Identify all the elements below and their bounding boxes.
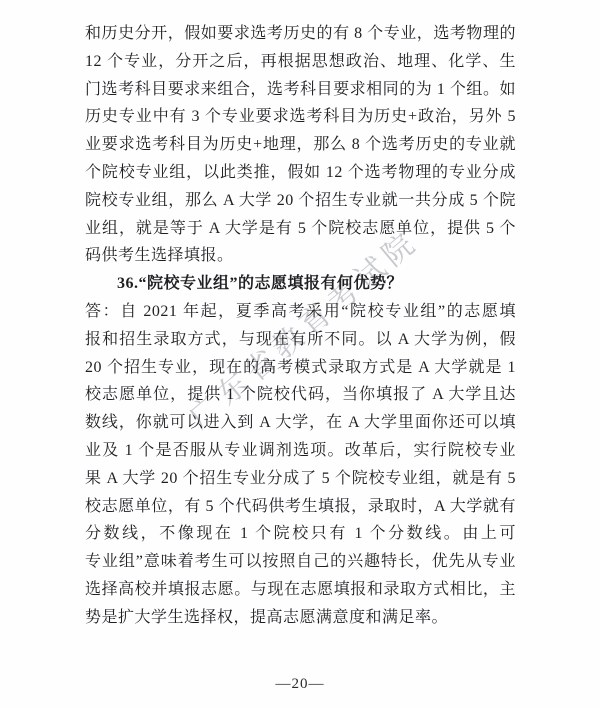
text-column: 和历史分开，假如要求选考历史的有 8 个专业，选考物理的有 12 个专业，分开之…	[0, 0, 600, 632]
text-line: 20 个招生专业，现在的高考模式录取方式是 A 大学就是 1 个院	[85, 354, 516, 382]
text-line: 码供考生选择填报。	[85, 242, 516, 270]
text-line: 果 A 大学 20 个招生专业分成了 5 个院校专业组，就是有 5 个院	[85, 465, 516, 493]
page-number: —20—	[0, 676, 600, 693]
text-line: 个院校专业组，以此类推，假如 12 个选考物理的专业分成 3 个	[85, 159, 516, 187]
document-page: 广东省教育考试院 和历史分开，假如要求选考历史的有 8 个专业，选考物理的有 1…	[0, 0, 600, 708]
paragraph-continuation: 和历史分开，假如要求选考历史的有 8 个专业，选考物理的有 12 个专业，分开之…	[85, 20, 516, 270]
text-line: 选择高校并填报志愿。与现在志愿填报和录取方式相比，主要优	[85, 576, 516, 604]
text-line: 答：自 2021 年起，夏季高考采用“院校专业组”的志愿填	[85, 298, 516, 326]
text-line: 和历史分开，假如要求选考历史的有 8 个专业，选考物理的有	[85, 20, 516, 48]
text-line: 势是扩大学生选择权，提高志愿满意度和满足率。	[85, 604, 516, 632]
text-line: 专业组”意味着考生可以按照自己的兴趣特长，优先从专业角度	[85, 548, 516, 576]
answer-paragraph: 答：自 2021 年起，夏季高考采用“院校专业组”的志愿填 报和招生录取方式，与…	[85, 298, 516, 632]
text-line: 数线，你就可以进入到 A 大学，在 A 大学里面你还可以填 6 个专	[85, 409, 516, 437]
text-line: 12 个专业，分开之后，再根据思想政治、地理、化学、生物学 4	[85, 48, 516, 76]
text-line: 门选考科目要求来组合，选考科目要求相同的为 1 个组。如 8 个	[85, 76, 516, 104]
text-line: 业组，就是等于 A 大学是有 5 个院校志愿单位，提供 5 个院校代	[85, 215, 516, 243]
text-line: 业及 1 个是否服从专业调剂选项。改革后，实行院校专业组，如	[85, 437, 516, 465]
text-line: 院校专业组，那么 A 大学 20 个招生专业就一共分成 5 个院校专	[85, 187, 516, 215]
text-line: 校志愿单位，有 5 个代码供考生填报，录取时，A 大学就有 5 个	[85, 493, 516, 521]
question-heading: 36.“院校专业组”的志愿填报有何优势？	[85, 270, 516, 298]
text-line: 历史专业中有 3 个专业要求选考科目为历史+政治，另外 5 个专	[85, 103, 516, 131]
text-line: 分数线，不像现在 1 个院校只有 1 个分数线。由上可知，“院校	[85, 520, 516, 548]
text-line: 校志愿单位，提供 1 个院校代码，当你填报了 A 大学且达到了分	[85, 381, 516, 409]
text-line: 报和招生录取方式，与现在有所不同。以 A 大学为例，假设有	[85, 326, 516, 354]
text-line: 业要求选考科目为历史+地理，那么 8 个选考历史的专业就有 2	[85, 131, 516, 159]
